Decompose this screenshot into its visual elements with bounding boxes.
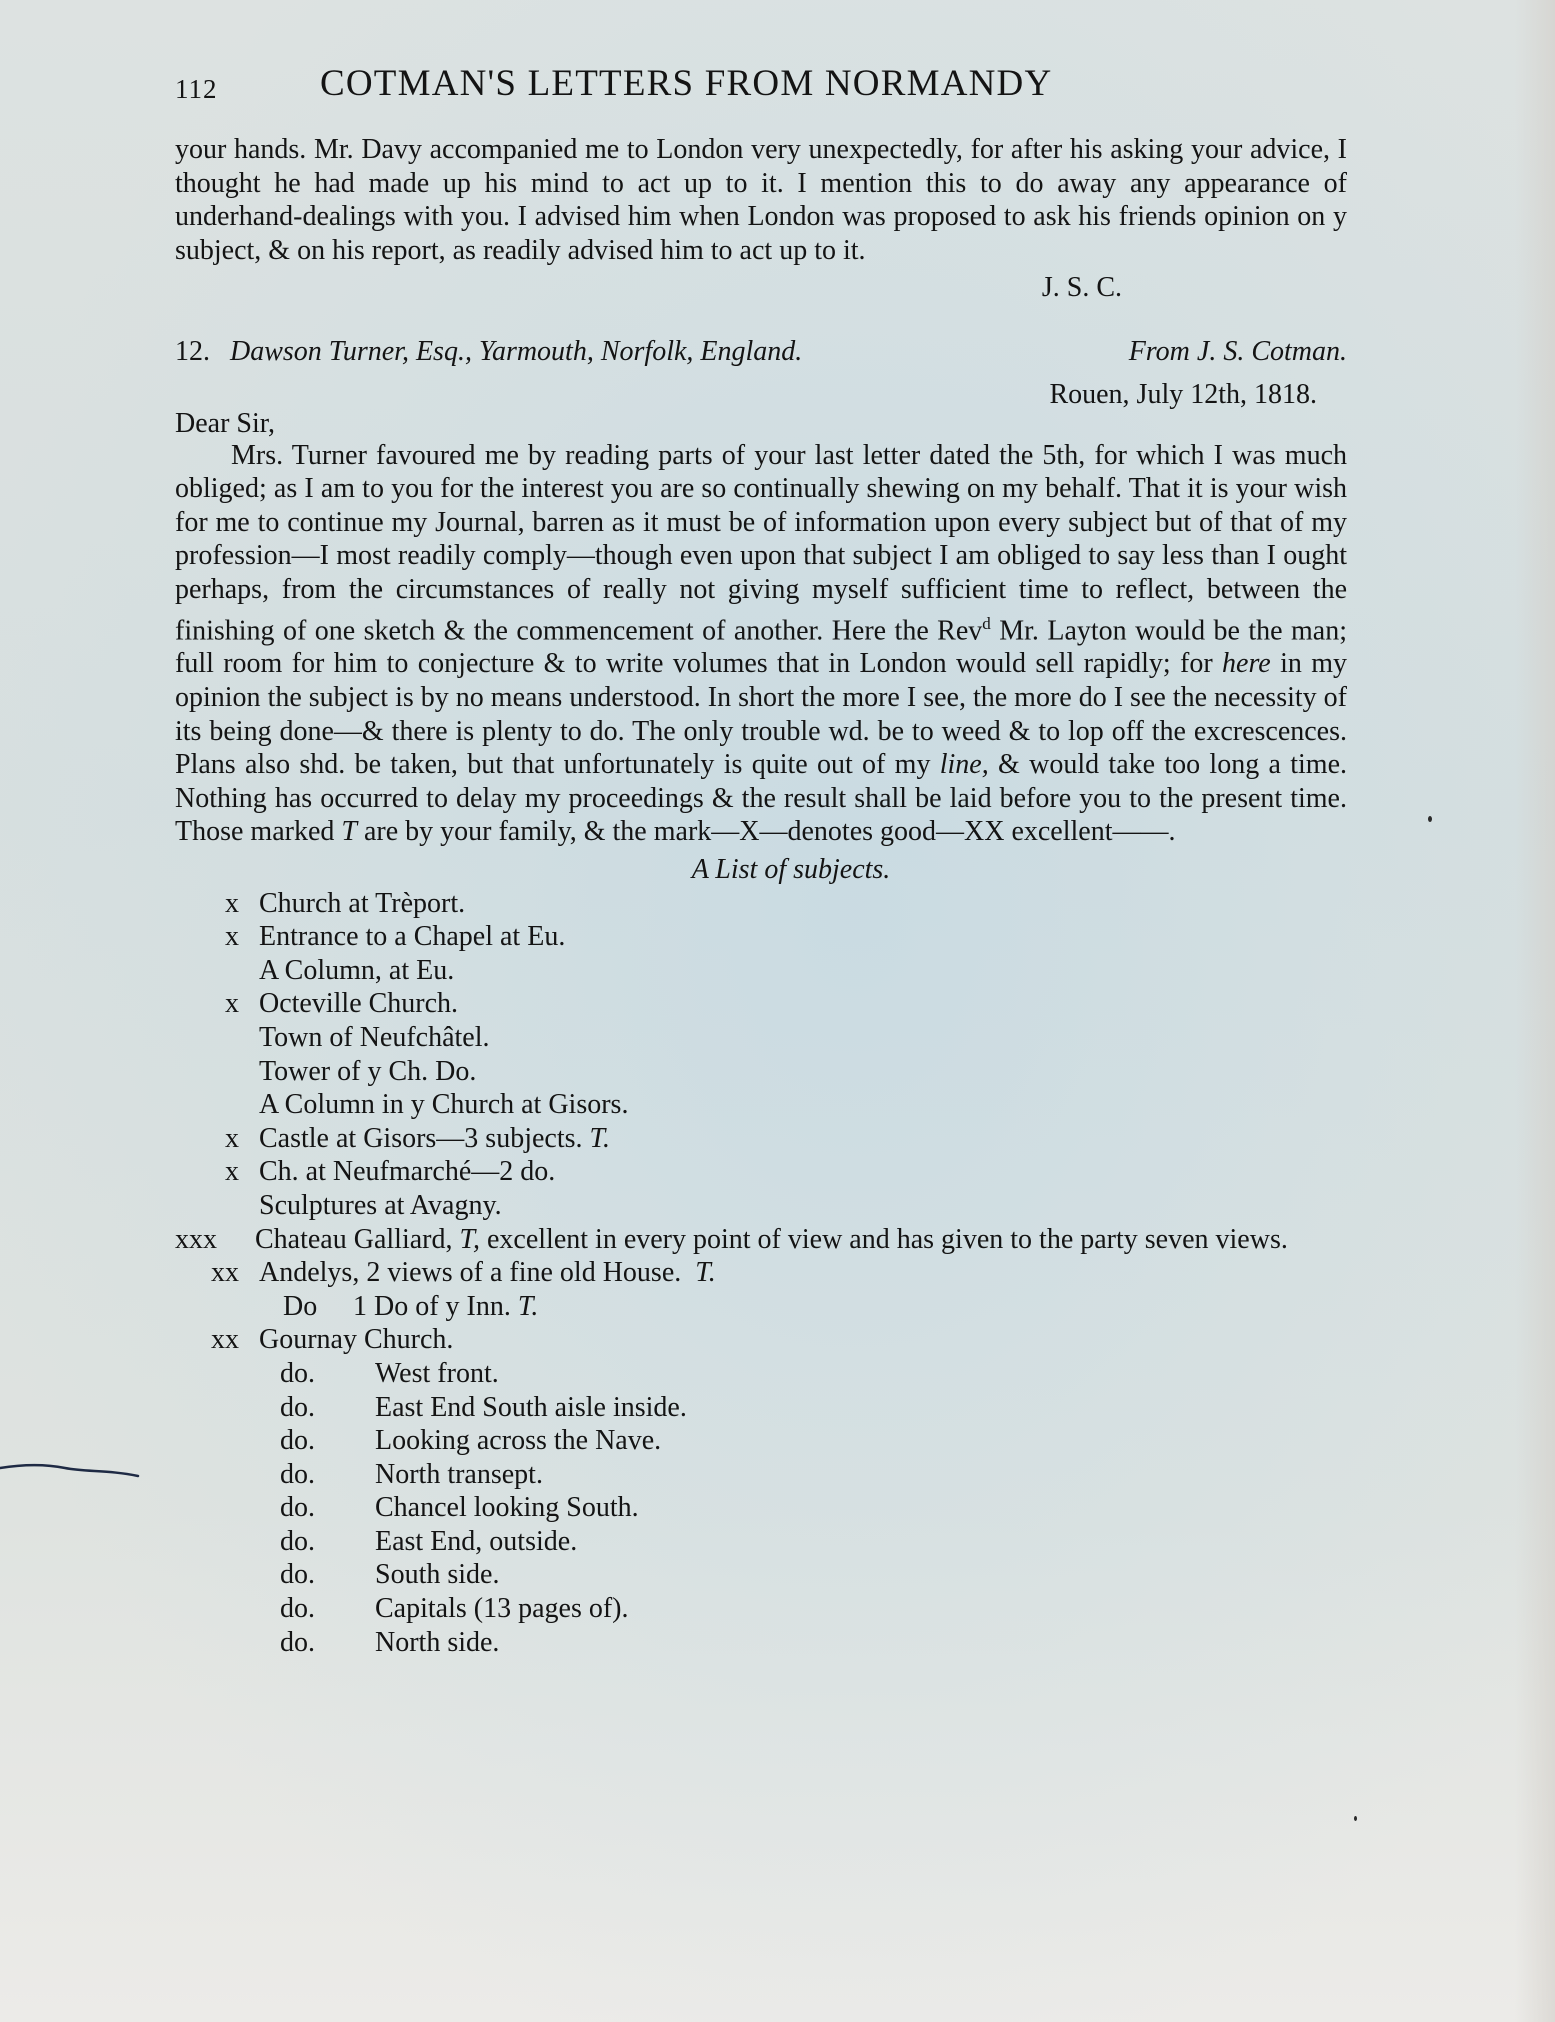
rating-mark <box>175 1088 259 1122</box>
rating-mark: xxx <box>175 1223 255 1257</box>
subject-text: A Column in y Church at Gisors. <box>259 1088 1347 1122</box>
list-item: xxAndelys, 2 views of a fine old House. … <box>175 1256 1347 1290</box>
paper-speck <box>1354 1816 1357 1821</box>
subject-list: xChurch at Trèport. xEntrance to a Chape… <box>175 887 1347 1357</box>
subject-text: East End South aisle inside. <box>375 1391 1347 1425</box>
page-number: 112 <box>175 74 218 105</box>
subject-text: North transept. <box>375 1458 1347 1492</box>
list-item: do.Capitals (13 pages of). <box>175 1592 1347 1626</box>
subject-text-main: 1 Do of y Inn. <box>353 1291 511 1322</box>
list-item: do.South side. <box>175 1558 1347 1592</box>
list-item: xCh. at Neufmarché—2 do. <box>175 1155 1347 1189</box>
running-title: COTMAN'S LETTERS FROM NORMANDY <box>320 62 1052 105</box>
subject-list-title: A List of subjects. <box>175 853 1347 887</box>
letter-body-paragraph: Mrs. Turner favoured me by reading parts… <box>175 439 1347 849</box>
ditto-mark: do. <box>175 1424 375 1458</box>
subject-text: East End, outside. <box>375 1525 1347 1559</box>
list-item: do.Looking across the Nave. <box>175 1424 1347 1458</box>
letter-heading: 12. Dawson Turner, Esq., Yarmouth, Norfo… <box>175 335 1347 369</box>
list-item: xxxChateau Galliard, T, excellent in eve… <box>175 1223 1347 1257</box>
rating-mark: x <box>175 1122 259 1156</box>
ditto-mark: do. <box>175 1357 375 1391</box>
rating-mark: xx <box>175 1323 259 1357</box>
rating-mark <box>175 1290 283 1324</box>
rating-mark <box>175 954 259 988</box>
list-item: xxGournay Church. <box>175 1323 1347 1357</box>
family-mark-t: T. <box>518 1291 539 1322</box>
subject-text-main: Andelys, 2 views of a fine old House. <box>259 1257 681 1288</box>
gournay-sub-list: do.West front. do.East End South aisle i… <box>175 1357 1347 1659</box>
letter-sender: From J. S. Cotman. <box>1129 335 1347 369</box>
list-item: xCastle at Gisors—3 subjects. T. <box>175 1122 1347 1156</box>
subject-text: Capitals (13 pages of). <box>375 1592 1347 1626</box>
body-text-segment: are by your family, & the mark—X—denotes… <box>357 816 1176 847</box>
ditto-mark: do. <box>175 1558 375 1592</box>
list-item: Town of Neufchâtel. <box>175 1021 1347 1055</box>
ditto-mark: do. <box>175 1525 375 1559</box>
family-mark-t: T, <box>459 1224 480 1255</box>
list-item: A Column, at Eu. <box>175 954 1347 988</box>
ditto-mark: do. <box>175 1391 375 1425</box>
letter-number: 12. <box>175 335 210 369</box>
subject-text: Looking across the Nave. <box>375 1424 1347 1458</box>
continuation-paragraph: your hands. Mr. Davy accompanied me to L… <box>175 133 1347 267</box>
subject-text: 1 Do of y Inn. T. <box>353 1290 1347 1324</box>
rating-mark: x <box>175 987 259 1021</box>
body-text: your hands. Mr. Davy accompanied me to L… <box>175 133 1347 1659</box>
subject-text: Town of Neufchâtel. <box>259 1021 1347 1055</box>
subject-text: South side. <box>375 1558 1347 1592</box>
list-item: Do1 Do of y Inn. T. <box>175 1290 1347 1324</box>
list-item: do.East End, outside. <box>175 1525 1347 1559</box>
book-page: 112 COTMAN'S LETTERS FROM NORMANDY your … <box>0 0 1555 2022</box>
subject-text: Church at Trèport. <box>259 887 1347 921</box>
subject-text: West front. <box>375 1357 1347 1391</box>
rating-mark: x <box>175 920 259 954</box>
list-item: xChurch at Trèport. <box>175 887 1347 921</box>
subject-text-main: Castle at Gisors—3 subjects. <box>259 1123 583 1154</box>
rating-mark <box>175 1021 259 1055</box>
emphasis-here: here <box>1222 648 1271 679</box>
family-mark-t: T. <box>695 1257 716 1288</box>
subject-text: Entrance to a Chapel at Eu. <box>259 920 1347 954</box>
list-item: do.East End South aisle inside. <box>175 1391 1347 1425</box>
ditto-mark: do. <box>175 1458 375 1492</box>
emphasis-line: line, <box>940 749 989 780</box>
subject-text: Chateau Galliard, T, excellent in every … <box>255 1223 1347 1257</box>
list-item: do.North transept. <box>175 1458 1347 1492</box>
list-item: do.West front. <box>175 1357 1347 1391</box>
list-item: do.Chancel looking South. <box>175 1491 1347 1525</box>
list-item: Tower of y Ch. Do. <box>175 1055 1347 1089</box>
subject-text: Octeville Church. <box>259 987 1347 1021</box>
letter-dateline: Rouen, July 12th, 1818. <box>175 381 1347 409</box>
rating-mark: x <box>175 887 259 921</box>
ditto-mark: do. <box>175 1491 375 1525</box>
ditto-prefix: Do <box>283 1290 353 1324</box>
subject-text: Andelys, 2 views of a fine old House. T. <box>259 1256 1347 1290</box>
emphasis-t: T <box>341 816 357 847</box>
list-item: xEntrance to a Chapel at Eu. <box>175 920 1347 954</box>
letter-salutation: Dear Sir, <box>175 409 1347 439</box>
subject-text-main: Chateau Galliard, <box>255 1224 459 1255</box>
rating-mark: xx <box>175 1256 259 1290</box>
rating-mark <box>175 1189 259 1223</box>
rating-mark: x <box>175 1155 259 1189</box>
subject-text: Gournay Church. <box>259 1323 1347 1357</box>
list-item: A Column in y Church at Gisors. <box>175 1088 1347 1122</box>
subject-text: Sculptures at Avagny. <box>259 1189 1347 1223</box>
subject-text: Tower of y Ch. Do. <box>259 1055 1347 1089</box>
subject-text: North side. <box>375 1626 1347 1660</box>
rev-superscript: d <box>982 614 991 633</box>
rating-mark <box>175 1055 259 1089</box>
paper-speck <box>1428 816 1432 822</box>
subject-text-tail: excellent in every point of view and has… <box>480 1224 1288 1255</box>
subject-text: Chancel looking South. <box>375 1491 1347 1525</box>
subject-text: Ch. at Neufmarché—2 do. <box>259 1155 1347 1189</box>
list-item: xOcteville Church. <box>175 987 1347 1021</box>
subject-text: A Column, at Eu. <box>259 954 1347 988</box>
ditto-mark: do. <box>175 1592 375 1626</box>
page-header: 112 COTMAN'S LETTERS FROM NORMANDY <box>175 62 1205 112</box>
signature-initials: J. S. C. <box>175 271 1347 305</box>
family-mark-t: T. <box>590 1123 611 1154</box>
list-item: do.North side. <box>175 1626 1347 1660</box>
letter-addressee: Dawson Turner, Esq., Yarmouth, Norfolk, … <box>230 335 1129 369</box>
ditto-mark: do. <box>175 1626 375 1660</box>
list-item: Sculptures at Avagny. <box>175 1189 1347 1223</box>
subject-text: Castle at Gisors—3 subjects. T. <box>259 1122 1347 1156</box>
handwritten-pen-mark-icon <box>0 1460 140 1480</box>
